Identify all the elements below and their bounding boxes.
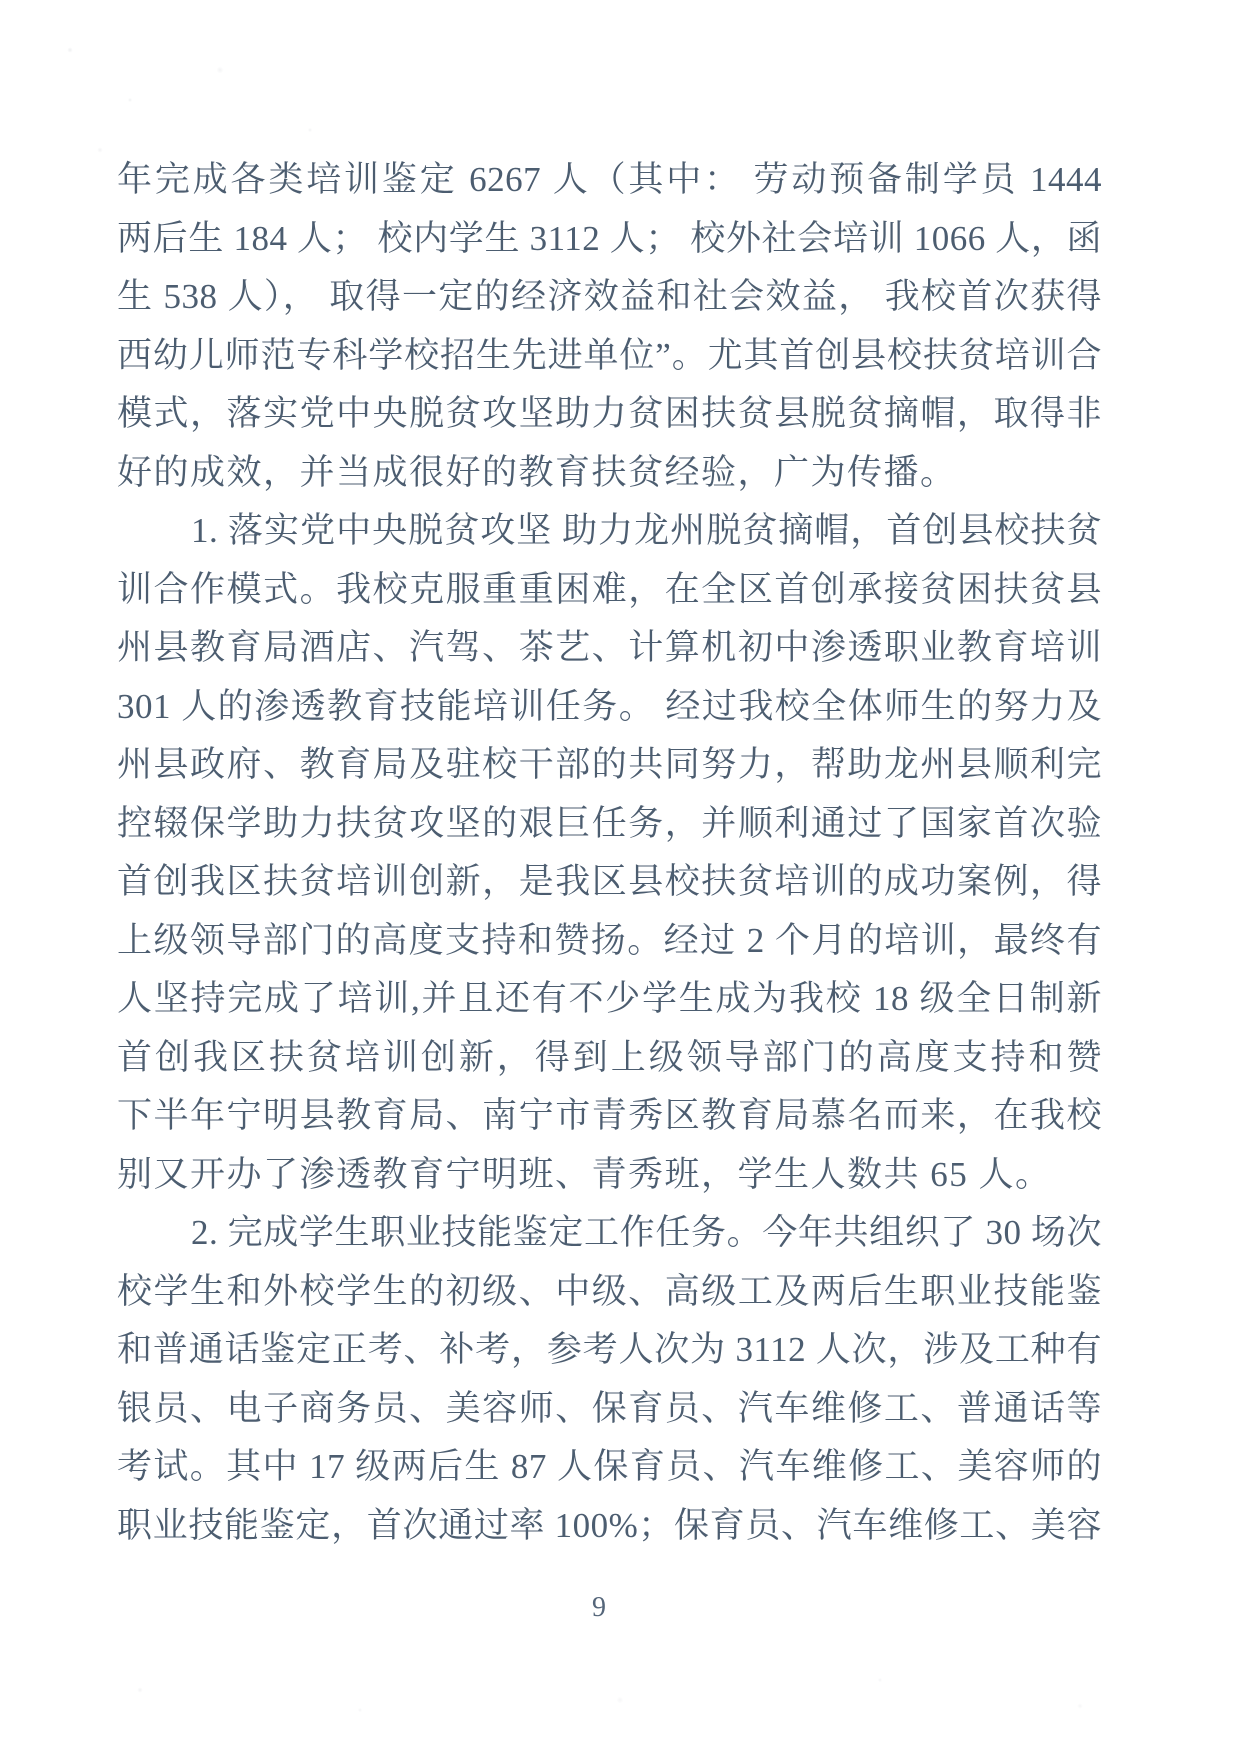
text-line: 1. 落实党中央脱贫攻坚 助力龙州脱贫摘帽，首创县校扶贫培 <box>117 502 1102 561</box>
scan-artifact-bottom <box>0 1640 1242 1748</box>
text-line: 年完成各类培训鉴定 6267 人（其中： 劳动预备制学员 1444 人； <box>117 151 1102 210</box>
text-line: 州县教育局酒店、汽驾、茶艺、计算机初中渗透职业教育培训班 <box>117 619 1102 678</box>
text-line: 职业技能鉴定，首次通过率 100%；保育员、汽车维修工、美容师 <box>117 1497 1102 1556</box>
text-line: 下半年宁明县教育局、南宁市青秀区教育局慕名而来，在我校分 <box>117 1087 1102 1146</box>
text-line: 好的成效，并当成很好的教育扶贫经验，广为传播。 <box>117 444 1102 503</box>
document-body-text: 年完成各类培训鉴定 6267 人（其中： 劳动预备制学员 1444 人；两后生 … <box>117 151 1102 1555</box>
text-line: 银员、电子商务员、美容师、保育员、汽车维修工、普通话等级 <box>117 1380 1102 1439</box>
scan-artifact-top <box>10 10 430 170</box>
text-line: 和普通话鉴定正考、补考，参考人次为 3112 人次，涉及工种有收 <box>117 1321 1102 1380</box>
text-line: 考试。其中 17 级两后生 87 人保育员、汽车维修工、美容师的的 <box>117 1438 1102 1497</box>
text-line: 训合作模式。我校克服重重困难，在全区首创承接贫困扶贫县龙 <box>117 561 1102 620</box>
text-line: 人坚持完成了培训,并且还有不少学生成为我校 18 级全日制新生。 <box>117 970 1102 1029</box>
text-line: 别又开办了渗透教育宁明班、青秀班，学生人数共 65 人。 <box>117 1146 1102 1205</box>
scanned-document-page: 年完成各类培训鉴定 6267 人（其中： 劳动预备制学员 1444 人；两后生 … <box>0 0 1242 1748</box>
text-line: 上级领导部门的高度支持和赞扬。经过 2 个月的培训，最终有 235 <box>117 912 1102 971</box>
text-line: 首创我区扶贫培训创新，得到上级领导部门的高度支持和赞扬。 <box>117 1029 1102 1088</box>
text-line: 两后生 184 人； 校内学生 3112 人； 校外社会培训 1066 人，函授 <box>117 210 1102 269</box>
page-number: 9 <box>574 1592 624 1624</box>
text-line: 州县政府、教育局及驻校干部的共同努力，帮助龙州县顺利完成 <box>117 736 1102 795</box>
text-line: 控辍保学助力扶贫攻坚的艰巨任务，并顺利通过了国家首次验收。 <box>117 795 1102 854</box>
text-line: 首创我区扶贫培训创新，是我区县校扶贫培训的成功案例，得到 <box>117 853 1102 912</box>
text-line: 校学生和外校学生的初级、中级、高级工及两后生职业技能鉴定 <box>117 1263 1102 1322</box>
text-line: 模式，落实党中央脱贫攻坚助力贫困扶贫县脱贫摘帽，取得非常 <box>117 385 1102 444</box>
text-line: 西幼儿师范专科学校招生先进单位”。尤其首创县校扶贫培训合作 <box>117 327 1102 386</box>
text-line: 301 人的渗透教育技能培训任务。 经过我校全体师生的努力及龙 <box>117 678 1102 737</box>
text-line: 2. 完成学生职业技能鉴定工作任务。今年共组织了 30 场次本 <box>117 1204 1102 1263</box>
text-line: 生 538 人）， 取得一定的经济效益和社会效益， 我校首次获得 “广 <box>117 268 1102 327</box>
